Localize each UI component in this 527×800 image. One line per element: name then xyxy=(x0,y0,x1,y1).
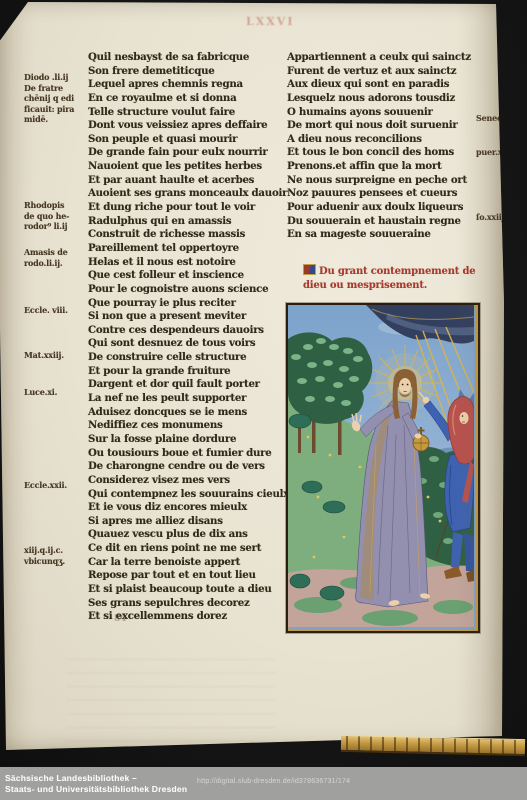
verse-line: Furent de vertuz et aux sainctz xyxy=(287,65,487,79)
margin-note-line: xiij.q.ij.c. xyxy=(24,545,86,556)
margin-note-line: Eccle. viii. xyxy=(24,305,86,316)
verse-line: Nediffiez ces monumens xyxy=(88,419,288,433)
verse-line: Noz pauures pensees et cueurs xyxy=(287,187,487,201)
margin-note-diodorus: Diodo .li.ijDe fratrechēnij q edificauit… xyxy=(24,72,86,125)
verse-line: Pareillement tel oppertoyre xyxy=(88,242,288,256)
verse-line: Considerez visez mes vers xyxy=(88,474,288,488)
verse-line: Son frere demetiticque xyxy=(88,65,288,79)
verse-line: En ce royaulme et si donna xyxy=(88,92,288,106)
gilded-fore-edge xyxy=(341,735,525,756)
margin-note-line: Amasis de xyxy=(24,247,86,258)
verse-line: Si apres me alliez disans xyxy=(88,515,288,529)
margin-note-fol: ſo.xxiij. xyxy=(476,212,506,223)
verse-line: Qui sont desnuez de tous voirs xyxy=(88,337,288,351)
manuscript-page: LXXVI Diodo .li.ijDe fratrechēnij q edif… xyxy=(0,2,508,756)
rubric-line2: dieu ou mesprisement. xyxy=(303,279,483,293)
source-url: http://digital.slub-dresden.de/id3786367… xyxy=(197,778,350,785)
verse-line: Que cest folleur et inscience xyxy=(88,269,288,283)
margin-note-line: ficauit: pira xyxy=(24,104,86,115)
verse-line: Son peuple et quasi mourir xyxy=(88,133,288,147)
verse-line: Ou tousiours boue et fumier dure xyxy=(88,447,288,461)
margin-note-luke: Luce.xi. xyxy=(24,387,86,398)
folio-number-showthrough: LXXVI xyxy=(246,15,294,28)
margin-note-line: Luce.xi. xyxy=(24,387,86,398)
verse-line: Helas et il nous est notoire xyxy=(88,256,288,270)
verse-line: Quil nesbayst de sa fabricque xyxy=(88,51,288,65)
margin-note-line: vbicunqʒ. xyxy=(24,556,86,567)
verse-line: Dargent et dor quil fault porter xyxy=(88,378,288,392)
verse-line: Ses grans sepulchres decorez xyxy=(88,597,288,611)
margin-note-line: chēnij q edi xyxy=(24,93,86,104)
verse-line: Et pour la grande fruiture xyxy=(88,365,288,379)
verse-line: Nauoient que les petites herbes xyxy=(88,160,288,174)
verse-line: Repose par tout et en tout lieu xyxy=(88,569,288,583)
verse-line: Et si plaist beaucoup toute a dieu xyxy=(88,583,288,597)
margin-note-matthew: Mat.xxiij. xyxy=(24,350,86,361)
margin-note-eccle8: Eccle. viii. xyxy=(24,305,86,316)
library-name: Sächsische Landesbibliothek – Staats- un… xyxy=(5,773,187,794)
verse-line: O humains ayons souuenir xyxy=(287,106,487,120)
verse-line: Aux dieux qui sont en paradis xyxy=(287,78,487,92)
verse-line: Ce dit en riens point ne me sert xyxy=(88,542,288,556)
verse-line: Pour le cognoistre auons science xyxy=(88,283,288,297)
verse-line: De charongne cendre ou de vers xyxy=(88,460,288,474)
verse-line: Et tous le bon concil des homs xyxy=(287,146,487,160)
verse-line: Telle structure voulut faire xyxy=(88,106,288,120)
verse-line: Et ie vous diz encores mieulx xyxy=(88,501,288,515)
verse-line: De grande fain pour eulx nourrir xyxy=(88,146,288,160)
margin-note-amasis: Amasis derodo.li.ij. xyxy=(24,247,86,268)
paragraph-mark-icon xyxy=(303,264,316,275)
verse-line: Prenons.et affin que la mort xyxy=(287,160,487,174)
verse-line: Si non que a present meviter xyxy=(88,310,288,324)
verse-line: Ne nous surpreigne en peche ort xyxy=(287,174,487,188)
verse-line: Que pourray ie plus reciter xyxy=(88,297,288,311)
verse-line: Qui contempnez les souurains cieulx xyxy=(88,488,288,502)
library-name-line2: Staats- und Universitätsbibliothek Dresd… xyxy=(5,784,187,795)
verse-line: Construit de richesse massis xyxy=(88,228,288,242)
miniature-frame xyxy=(286,303,480,633)
verse-line: Dont vous veissiez apres deffaire xyxy=(88,119,288,133)
verse-line: Radulphus qui en amassis xyxy=(88,215,288,229)
verse-line: Et par auant haulte et acerbes xyxy=(88,174,288,188)
margin-note-line: midē. xyxy=(24,114,86,125)
verse-line: Pour aduenir aux doulx liqueurs xyxy=(287,201,487,215)
verse-line: Sur la fosse plaine dordure xyxy=(88,433,288,447)
right-verse-column: Appartiennent a ceulx qui sainctzFurent … xyxy=(287,51,487,242)
verse-line: Auoient ses grans monceaulx dauoir xyxy=(88,187,288,201)
margin-note-eccle22: Eccle.xxii. xyxy=(24,480,86,491)
margin-note-line: rodor⁹ li.ij xyxy=(24,221,86,232)
margin-note-rhodopis: Rhodopisde quo he-rodor⁹ li.ij xyxy=(24,200,86,232)
verse-line: Contre ces despendeurs dauoirs xyxy=(88,324,288,338)
verse-line: Lesquelz nous adorons tousdiz xyxy=(287,92,487,106)
verse-line: Du souuerain et haustain regne xyxy=(287,215,487,229)
miniature-illustration xyxy=(288,305,474,627)
margin-note-line: De fratre xyxy=(24,83,86,94)
margin-note-canonlaw: xiij.q.ij.c.vbicunqʒ. xyxy=(24,545,86,566)
verse-line: En sa mageste souueraine xyxy=(287,228,487,242)
verse-line: Et dung riche pour tout le voir xyxy=(88,201,288,215)
show-through-texture xyxy=(66,647,276,742)
verse-line: Lequel apres chemnis regna xyxy=(88,78,288,92)
margin-note-line: de quo he- xyxy=(24,211,86,222)
margin-note-line: rodo.li.ij. xyxy=(24,258,86,269)
margin-note-puer: puer.xl. xyxy=(476,147,506,158)
verse-line: La nef ne les peult supporter xyxy=(88,392,288,406)
margin-note-line: Mat.xxiij. xyxy=(24,350,86,361)
margin-note-line: Rhodopis xyxy=(24,200,86,211)
verse-line: De construire celle structure xyxy=(88,351,288,365)
digitized-scan: LXXVI Diodo .li.ijDe fratrechēnij q edif… xyxy=(0,0,527,800)
rubric-heading: Du grant contempnement de dieu ou mespri… xyxy=(303,264,483,292)
verse-line: Aduisez doncques se ie mens xyxy=(88,406,288,420)
verse-line: Car la terre benoiste appert xyxy=(88,556,288,570)
margin-note-line: Eccle.xxii. xyxy=(24,480,86,491)
folio-signature-mark: 84 xyxy=(114,614,127,624)
verse-line: Quauez vescu plus de dix ans xyxy=(88,528,288,542)
rubric-line1: Du grant contempnement de xyxy=(319,266,475,277)
margin-note-line: Diodo .li.ij xyxy=(24,72,86,83)
verse-line: A dieu nous reconcilions xyxy=(287,133,487,147)
verse-line: Appartiennent a ceulx qui sainctz xyxy=(287,51,487,65)
library-watermark-bar: Sächsische Landesbibliothek – Staats- un… xyxy=(0,767,527,800)
library-name-line1: Sächsische Landesbibliothek – xyxy=(5,773,187,784)
left-verse-column: Quil nesbayst de sa fabricqueSon frere d… xyxy=(88,51,288,624)
margin-note-seneca: Seneca xyxy=(476,113,506,124)
verse-line: De mort qui nous doit suruenir xyxy=(287,119,487,133)
